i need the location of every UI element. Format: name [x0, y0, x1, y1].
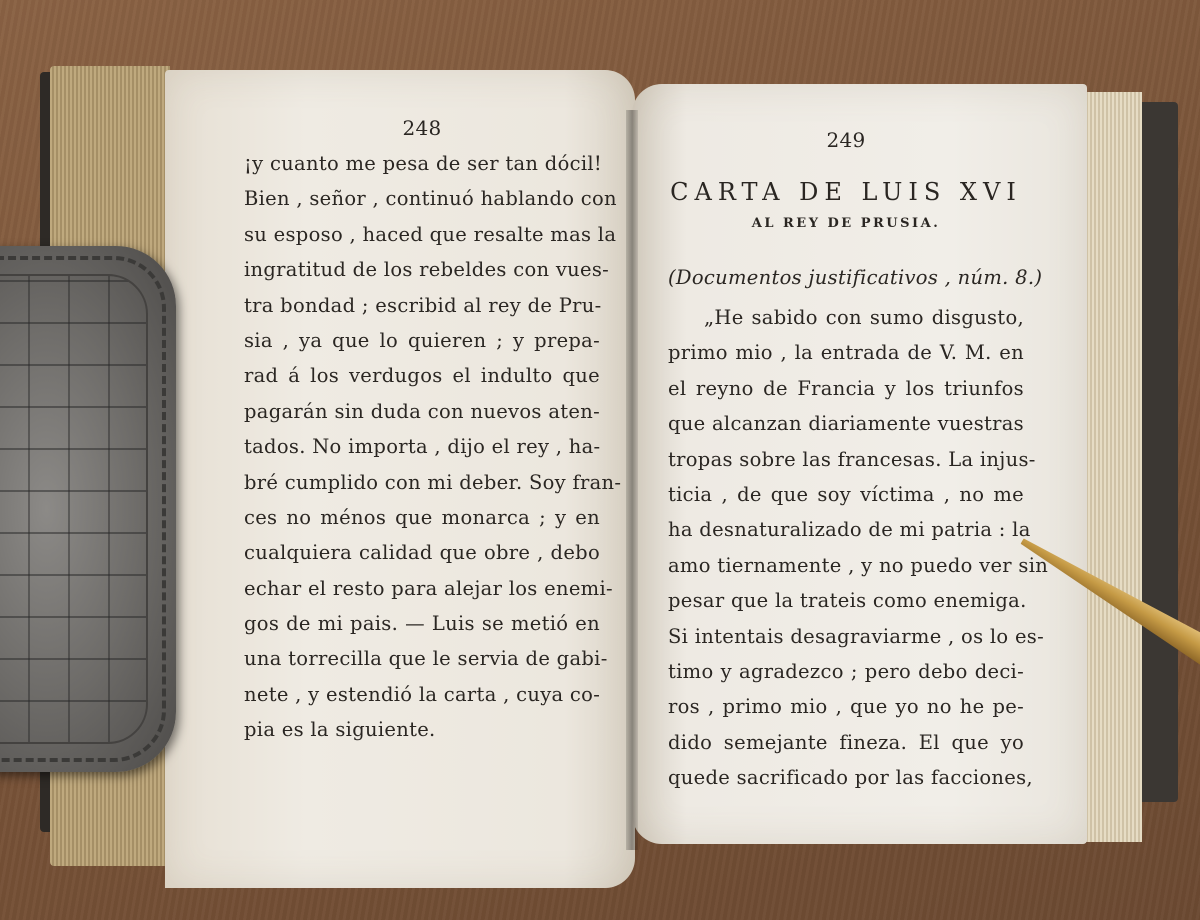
left-page-text: 248 ¡y cuanto me pesa de ser tan dócil! … [244, 116, 600, 748]
text-line: ha desnaturalizado de mi patria : la [668, 512, 1024, 547]
text-line: „He sabido con sumo disgusto, [668, 300, 1024, 335]
citation: (Documentos justificativos , núm. 8.) [668, 256, 1024, 300]
text-line: Si intentais desagraviarme , os lo es- [668, 619, 1024, 654]
letter-subheading: AL REY DE PRUSIA. [668, 210, 1024, 238]
text-line: gos de mi pais. — Luis se metió en [244, 606, 600, 641]
text-line: quede sacrificado por las facciones, [668, 760, 1024, 795]
text-line: ros , primo mio , que yo no he pe- [668, 689, 1024, 724]
page-number-right: 249 [668, 128, 1024, 152]
text-line: pagarán sin duda con nuevos aten- [244, 394, 600, 429]
text-line: amo tiernamente , y no puedo ver sin [668, 548, 1024, 583]
text-line: timo y agradezco ; pero debo deci- [668, 654, 1024, 689]
text-line: tados. No importa , dijo el rey , ha- [244, 429, 600, 464]
text-line: ingratitud de los rebeldes con vues- [244, 252, 600, 287]
text-line: ticia , de que soy víctima , no me [668, 477, 1024, 512]
page-edges-right [1080, 92, 1142, 842]
text-line: tra bondad ; escribid al rey de Pru- [244, 288, 600, 323]
text-line: bré cumplido con mi deber. Soy fran- [244, 465, 600, 500]
text-line: pia es la siguiente. [244, 712, 600, 747]
pewter-buckle [0, 246, 176, 772]
right-page-text: 249 CARTA DE LUIS XVI AL REY DE PRUSIA. … [668, 128, 1024, 795]
text-line: sia , ya que lo quieren ; y prepa- [244, 323, 600, 358]
text-line: tropas sobre las francesas. La injus- [668, 442, 1024, 477]
text-line: pesar que la trateis como enemiga. [668, 583, 1024, 618]
text-line: Bien , señor , continuó hablando con [244, 181, 600, 216]
text-line: su esposo , haced que resalte mas la [244, 217, 600, 252]
text-line: ¡y cuanto me pesa de ser tan dócil! [244, 146, 600, 181]
text-line: ces no ménos que monarca ; y en [244, 500, 600, 535]
text-line: rad á los verdugos el indulto que [244, 358, 600, 393]
text-line: echar el resto para alejar los enemi- [244, 571, 600, 606]
text-line: que alcanzan diariamente vuestras [668, 406, 1024, 441]
text-line: una torrecilla que le servia de gabi- [244, 641, 600, 676]
page-number-left: 248 [244, 116, 600, 140]
letter-heading: CARTA DE LUIS XVI [668, 174, 1024, 210]
text-line: dido semejante fineza. El que yo [668, 725, 1024, 760]
text-line: nete , y estendió la carta , cuya co- [244, 677, 600, 712]
book-gutter [626, 110, 638, 850]
text-line: primo mio , la entrada de V. M. en [668, 335, 1024, 370]
text-line: el reyno de Francia y los triunfos [668, 371, 1024, 406]
text-line: cualquiera calidad que obre , debo [244, 535, 600, 570]
buckle-relief-pattern [0, 274, 148, 744]
